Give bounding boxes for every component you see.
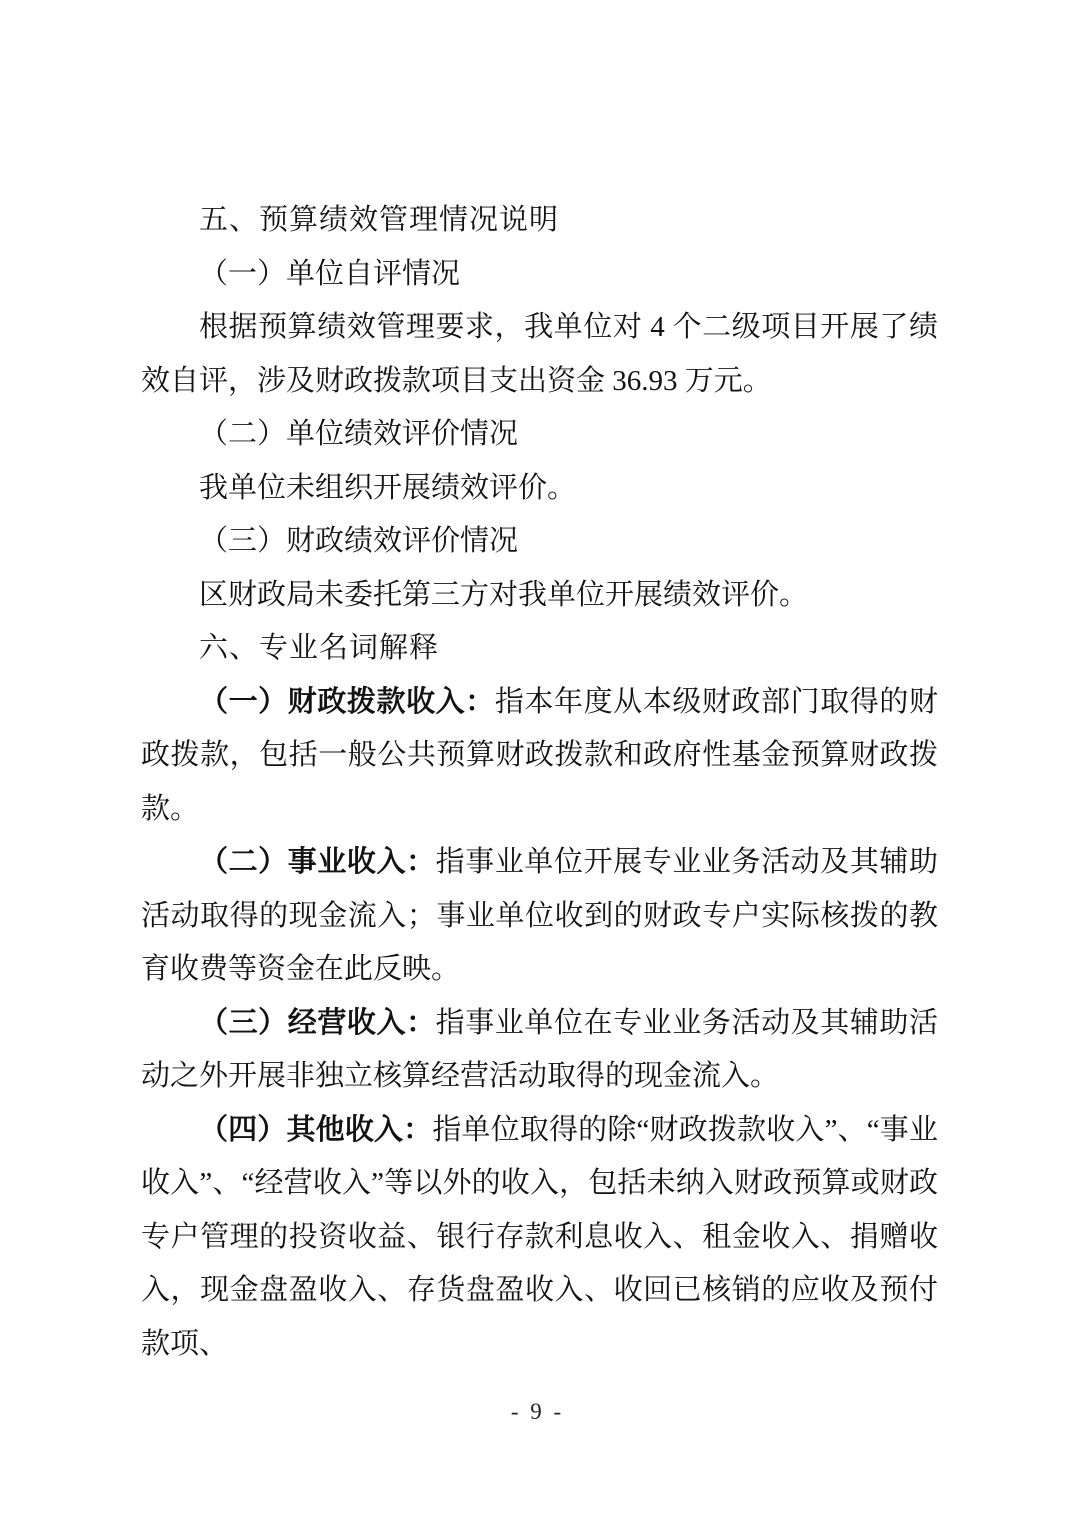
term-label: （一）财政拨款收入：: [199, 686, 495, 718]
paragraph-unit-performance-evaluation: 我单位未组织开展绩效评价。: [141, 462, 938, 516]
term-label: （三）经营收入：: [199, 1007, 436, 1039]
term-label: （二）事业收入：: [199, 846, 436, 878]
term-label: （四）其他收入：: [199, 1114, 432, 1146]
paragraph-fiscal-performance-evaluation: 区财政局未委托第三方对我单位开展绩效评价。: [141, 569, 938, 623]
document-content: 五、预算绩效管理情况说明 （一）单位自评情况 根据预算绩效管理要求，我单位对 4…: [141, 194, 938, 1371]
document-page: 五、预算绩效管理情况说明 （一）单位自评情况 根据预算绩效管理要求，我单位对 4…: [0, 0, 1075, 1520]
term-paragraph-institutional-income: （二）事业收入：指事业单位开展专业业务活动及其辅助活动取得的现金流入；事业单位收…: [141, 836, 938, 997]
subheading-fiscal-performance-evaluation: （三）财政绩效评价情况: [141, 515, 938, 569]
term-paragraph-other-income: （四）其他收入：指单位取得的除“财政拨款收入”、“事业收入”、“经营收入”等以外…: [141, 1104, 938, 1372]
term-paragraph-fiscal-appropriation-income: （一）财政拨款收入：指本年度从本级财政部门取得的财政拨款，包括一般公共预算财政拨…: [141, 676, 938, 837]
term-paragraph-operating-income: （三）经营收入：指事业单位在专业业务活动及其辅助活动之外开展非独立核算经营活动取…: [141, 997, 938, 1104]
section-heading-five: 五、预算绩效管理情况说明: [141, 194, 938, 248]
subheading-self-evaluation: （一）单位自评情况: [141, 248, 938, 302]
term-definition: 指单位取得的除“财政拨款收入”、“事业收入”、“经营收入”等以外的收入，包括未纳…: [141, 1114, 938, 1360]
section-heading-six: 六、专业名词解释: [141, 622, 938, 676]
paragraph-self-evaluation: 根据预算绩效管理要求，我单位对 4 个二级项目开展了绩效自评，涉及财政拨款项目支…: [141, 301, 938, 408]
page-number: - 9 -: [0, 1399, 1075, 1425]
subheading-unit-performance-evaluation: （二）单位绩效评价情况: [141, 408, 938, 462]
